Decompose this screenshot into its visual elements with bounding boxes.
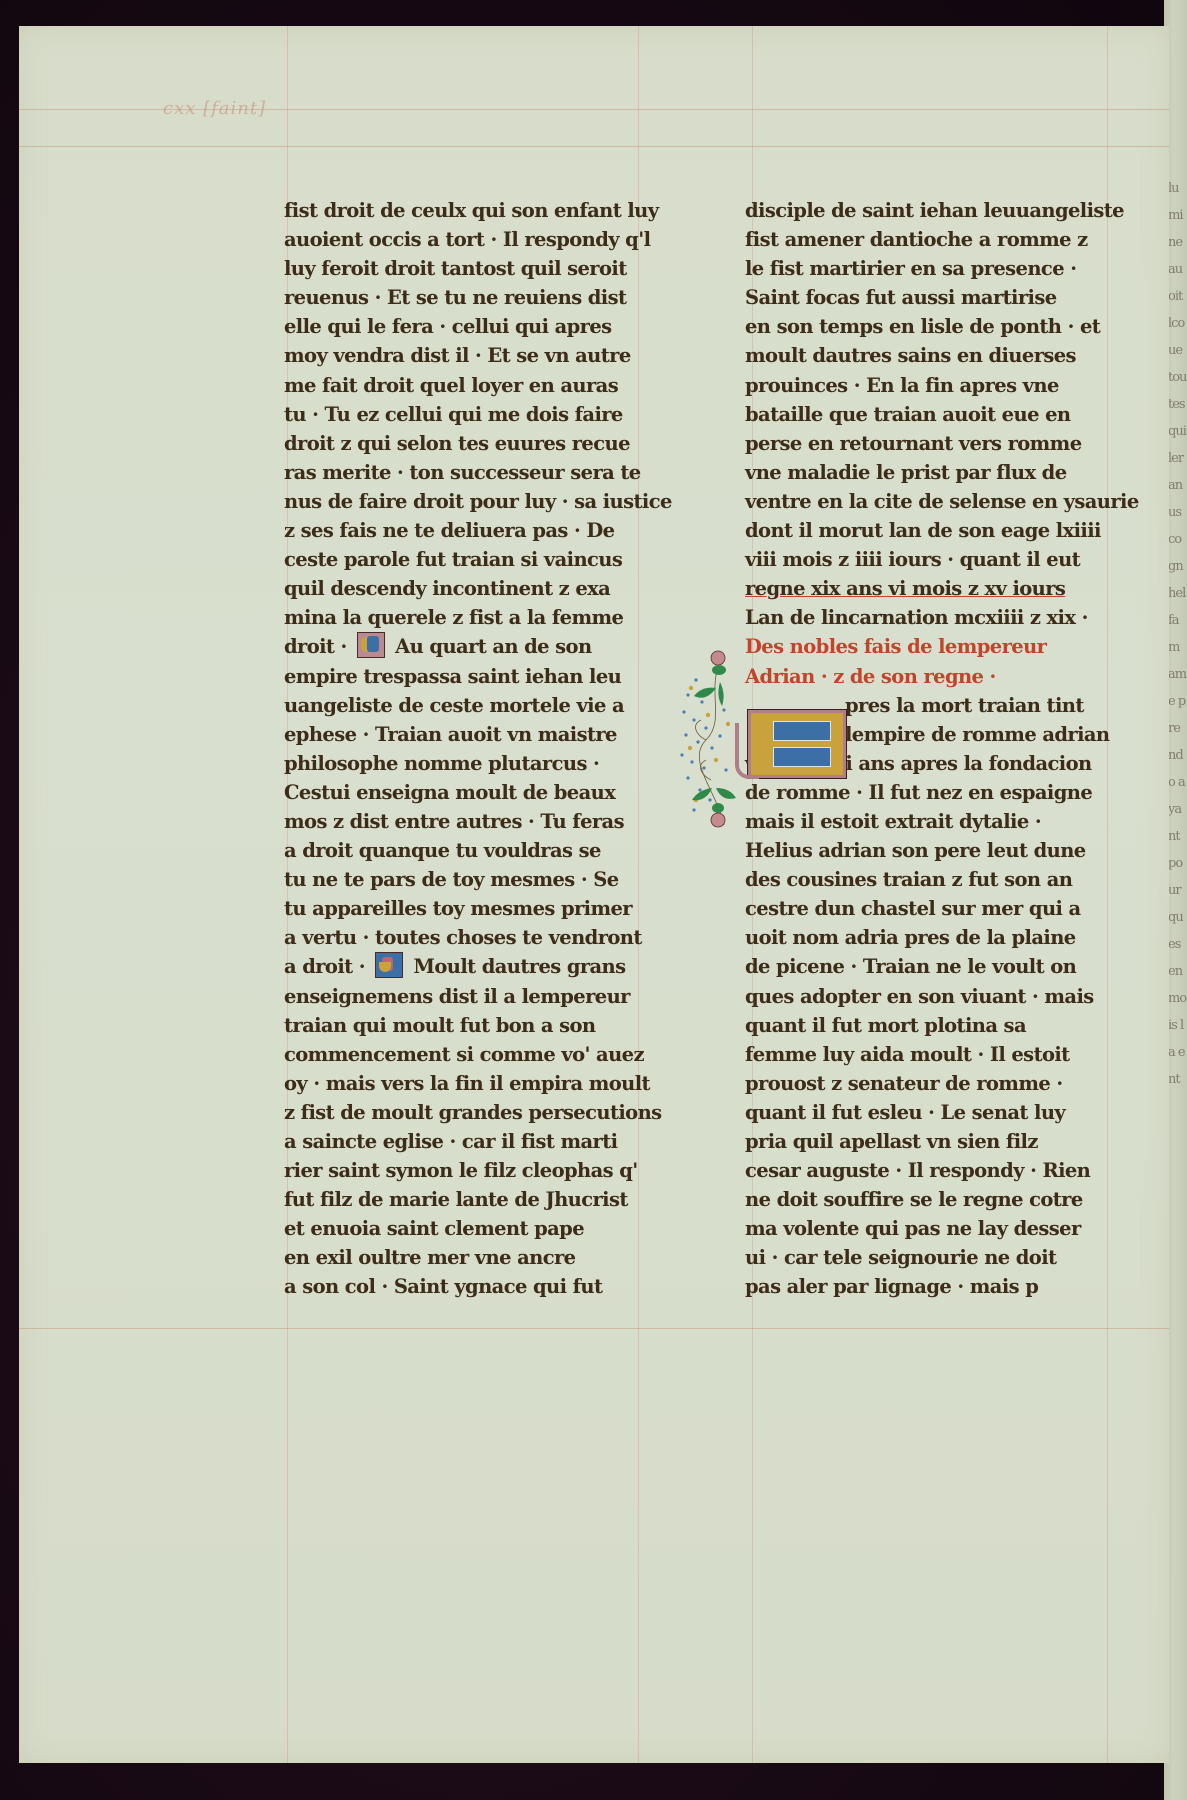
text-line: commencement si comme vo' auez xyxy=(284,1040,674,1069)
text-line: Lan de lincarnation mcxiiii z xix · xyxy=(745,603,1145,632)
text-line: prouinces · En la fin apres vne xyxy=(745,371,1145,400)
text-line: a saincte eglise · car il fist marti xyxy=(284,1127,674,1156)
text-line: Cestui enseigna moult de beaux xyxy=(284,778,674,807)
text-line: reuenus · Et se tu ne reuiens dist xyxy=(284,283,674,312)
text-line: viii mois z iiii iours · quant il eut xyxy=(745,545,1145,574)
text-line: enseignemens dist il a lempereur xyxy=(284,982,674,1011)
text-line: auoient occis a tort · Il respondy q'l xyxy=(284,225,674,254)
text-line: fut filz de marie lante de Jhucrist xyxy=(284,1185,674,1214)
text-line: tu appareilles toy mesmes primer xyxy=(284,894,674,923)
text-line: z fist de moult grandes persecutions xyxy=(284,1098,674,1127)
text-line-with-initial: droit · Au quart an de son xyxy=(284,632,674,661)
text-line: rier saint symon le filz cleophas q' xyxy=(284,1156,674,1185)
text-line: et enuoia saint clement pape xyxy=(284,1214,674,1243)
text-line: Helius adrian son pere leut dune xyxy=(745,836,1145,865)
text-line: tu ne te pars de toy mesmes · Se xyxy=(284,865,674,894)
text-line: tu · Tu ez cellui qui me dois faire xyxy=(284,400,674,429)
text-line: fist droit de ceulx qui son enfant luy xyxy=(284,196,674,225)
text-line: dont il morut lan de son eage lxiiii xyxy=(745,516,1145,545)
text-segment: Moult dautres grans xyxy=(413,955,625,978)
text-line: en son temps en lisle de ponth · et xyxy=(745,312,1145,341)
text-line: uangeliste de ceste mortele vie a xyxy=(284,691,674,720)
text-segment: a droit · xyxy=(284,955,365,978)
text-line: Saint focas fut aussi martirise xyxy=(745,283,1145,312)
floral-border-decoration-icon xyxy=(676,640,756,840)
ruling-line-top-2 xyxy=(19,146,1169,147)
text-line: femme luy aida moult · Il estoit xyxy=(745,1040,1145,1069)
text-line: moy vendra dist il · Et se vn autre xyxy=(284,341,674,370)
text-line: regne xix ans vi mois z xv iours xyxy=(745,574,1145,603)
text-line: disciple de saint iehan leuuangeliste xyxy=(745,196,1145,225)
text-line: ui · car tele seignourie ne doit xyxy=(745,1243,1145,1272)
text-line: oy · mais vers la fin il empira moult xyxy=(284,1069,674,1098)
rubric-heading: Adrian · z de son regne · xyxy=(745,662,1145,691)
text-line: des cousines traian z fut son an xyxy=(745,865,1145,894)
text-line: empire trespassa saint iehan leu xyxy=(284,662,674,691)
text-line: a son col · Saint ygnace qui fut xyxy=(284,1272,674,1301)
text-line: luy feroit droit tantost quil seroit xyxy=(284,254,674,283)
text-line: ventre en la cite de selense en ysaurie xyxy=(745,487,1145,516)
text-line: moult dautres sains en diuerses xyxy=(745,341,1145,370)
text-line: me fait droit quel loyer en auras xyxy=(284,371,674,400)
text-line-with-initial: a droit · Moult dautres grans xyxy=(284,952,674,981)
text-line: nus de faire droit pour luy · sa iustice xyxy=(284,487,674,516)
text-line: le fist martirier en sa presence · xyxy=(745,254,1145,283)
text-line: quant il fut mort plotina sa xyxy=(745,1011,1145,1040)
text-line: droit z qui selon tes euures recue xyxy=(284,429,674,458)
text-line: de romme · Il fut nez en espaigne xyxy=(745,778,1145,807)
text-line: pas aler par lignage · mais p xyxy=(745,1272,1145,1301)
text-line: fist amener dantioche a romme z xyxy=(745,225,1145,254)
text-line: traian qui moult fut bon a son xyxy=(284,1011,674,1040)
text-line: quant il fut esleu · Le senat luy xyxy=(745,1098,1145,1127)
text-line: de picene · Traian ne le voult on xyxy=(745,952,1145,981)
text-line: ma volente qui pas ne lay desser xyxy=(745,1214,1145,1243)
text-line: z ses fais ne te deliuera pas · De xyxy=(284,516,674,545)
illuminated-initial-a-icon xyxy=(748,710,846,778)
text-line: prouost z senateur de romme · xyxy=(745,1069,1145,1098)
left-text-column: fist droit de ceulx qui son enfant luy a… xyxy=(284,196,674,1302)
text-segment: Au quart an de son xyxy=(395,635,591,658)
text-line: ras merite · ton successeur sera te xyxy=(284,458,674,487)
text-line: ceste parole fut traian si vaincus xyxy=(284,545,674,574)
text-line: philosophe nomme plutarcus · xyxy=(284,749,674,778)
text-line: mos z dist entre autres · Tu feras xyxy=(284,807,674,836)
decorated-initial-icon xyxy=(375,952,403,978)
text-line: en exil oultre mer vne ancre xyxy=(284,1243,674,1272)
ruling-line-bottom xyxy=(19,1328,1169,1329)
text-line: mina la querele z fist a la femme xyxy=(284,603,674,632)
rubric-heading: Des nobles fais de lempereur xyxy=(745,632,1145,661)
text-line: ques adopter en son viuant · mais xyxy=(745,982,1145,1011)
text-segment: droit · xyxy=(284,635,347,658)
text-line: quil descendy incontinent z exa xyxy=(284,574,674,603)
text-line: elle qui le fera · cellui qui apres xyxy=(284,312,674,341)
text-line: pria quil apellast vn sien filz xyxy=(745,1127,1145,1156)
text-line: bataille que traian auoit eue en xyxy=(745,400,1145,429)
text-line: a droit quanque tu vouldras se xyxy=(284,836,674,865)
text-line: ephese · Traian auoit vn maistre xyxy=(284,720,674,749)
text-line: uoit nom adria pres de la plaine xyxy=(745,923,1145,952)
text-line: cestre dun chastel sur mer qui a xyxy=(745,894,1145,923)
text-line: vne maladie le prist par flux de xyxy=(745,458,1145,487)
text-line: perse en retournant vers romme xyxy=(745,429,1145,458)
folio-number: cxx [faint] xyxy=(163,98,266,119)
text-line: mais il estoit extrait dytalie · xyxy=(745,807,1145,836)
text-line: cesar auguste · Il respondy · Rien xyxy=(745,1156,1145,1185)
text-line: ne doit souffire se le regne cotre xyxy=(745,1185,1145,1214)
adjacent-leaf-text: lumine auoit lcoue toutes qui ler anus c… xyxy=(1168,175,1187,1093)
text-line: a vertu · toutes choses te vendront xyxy=(284,923,674,952)
decorated-initial-icon xyxy=(357,632,385,658)
